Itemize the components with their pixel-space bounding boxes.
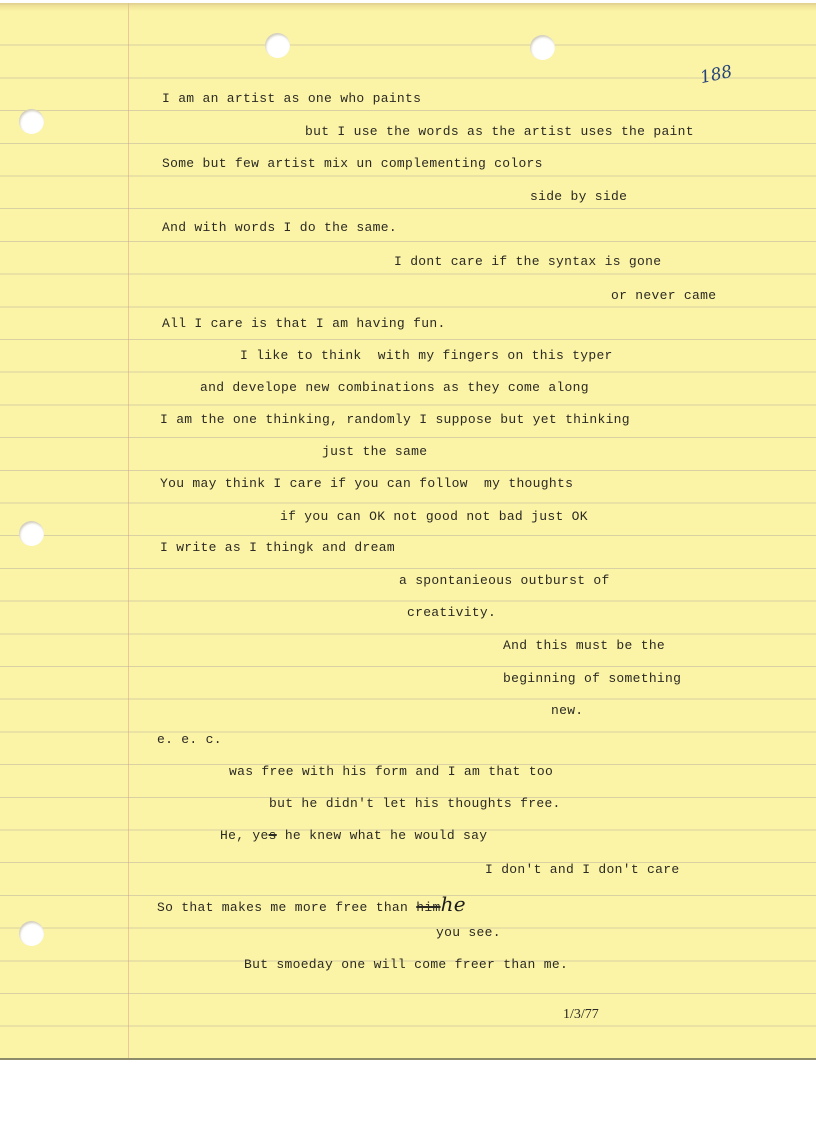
poem-line: but I use the words as the artist uses t… — [305, 124, 694, 139]
poem-line: I don't and I don't care — [485, 862, 679, 877]
poem-line: side by side — [530, 189, 627, 204]
poem-line: if you can OK not good not bad just OK — [280, 509, 588, 524]
punch-hole — [265, 33, 290, 58]
poem-line: I am an artist as one who paints — [162, 91, 421, 106]
handwritten-page-number: 188 — [698, 62, 734, 88]
poem-line: All I care is that I am having fun. — [162, 316, 446, 331]
poem-line: And this must be the — [503, 638, 665, 653]
poem-line: I am the one thinking, randomly I suppos… — [160, 412, 630, 427]
struck-letter: s — [269, 828, 277, 843]
poem-line: was free with his form and I am that too — [229, 764, 553, 779]
poem-line: or never came — [611, 288, 716, 303]
poem-line: just the same — [322, 444, 427, 459]
poem-line: creativity. — [407, 605, 496, 620]
poem-line: You may think I care if you can follow m… — [160, 476, 573, 491]
poem-line: e. e. c. — [157, 732, 222, 747]
poem-line: And with words I do the same. — [162, 220, 397, 235]
poem-line-with-correction: He, yes he knew what he would say — [220, 828, 487, 843]
poem-line: But smoeday one will come freer than me. — [244, 957, 568, 972]
poem-line: I like to think with my fingers on this … — [240, 348, 613, 363]
poem-line: a spontanieous outburst of — [399, 573, 610, 588]
legal-pad-page: 188 I am an artist as one who paints but… — [0, 3, 816, 1060]
poem-line: I write as I thingk and dream — [160, 540, 395, 555]
margin-line — [128, 3, 129, 1058]
poem-line: new. — [551, 703, 583, 718]
date: 1/3/77 — [563, 1007, 599, 1023]
punch-hole — [19, 521, 44, 546]
poem-line: Some but few artist mix un complementing… — [162, 156, 543, 171]
punch-hole — [530, 35, 555, 60]
struck-word: him — [416, 900, 440, 915]
poem-line-with-correction: So that makes me more free than himhe — [157, 892, 466, 916]
poem-line: beginning of something — [503, 671, 681, 686]
poem-line: but he didn't let his thoughts free. — [269, 796, 561, 811]
handwritten-correction: he — [441, 892, 466, 916]
poem-line: you see. — [436, 925, 501, 940]
punch-hole — [19, 921, 44, 946]
poem-line: I dont care if the syntax is gone — [394, 254, 661, 269]
poem-line: and develope new combinations as they co… — [200, 380, 589, 395]
punch-hole — [19, 109, 44, 134]
